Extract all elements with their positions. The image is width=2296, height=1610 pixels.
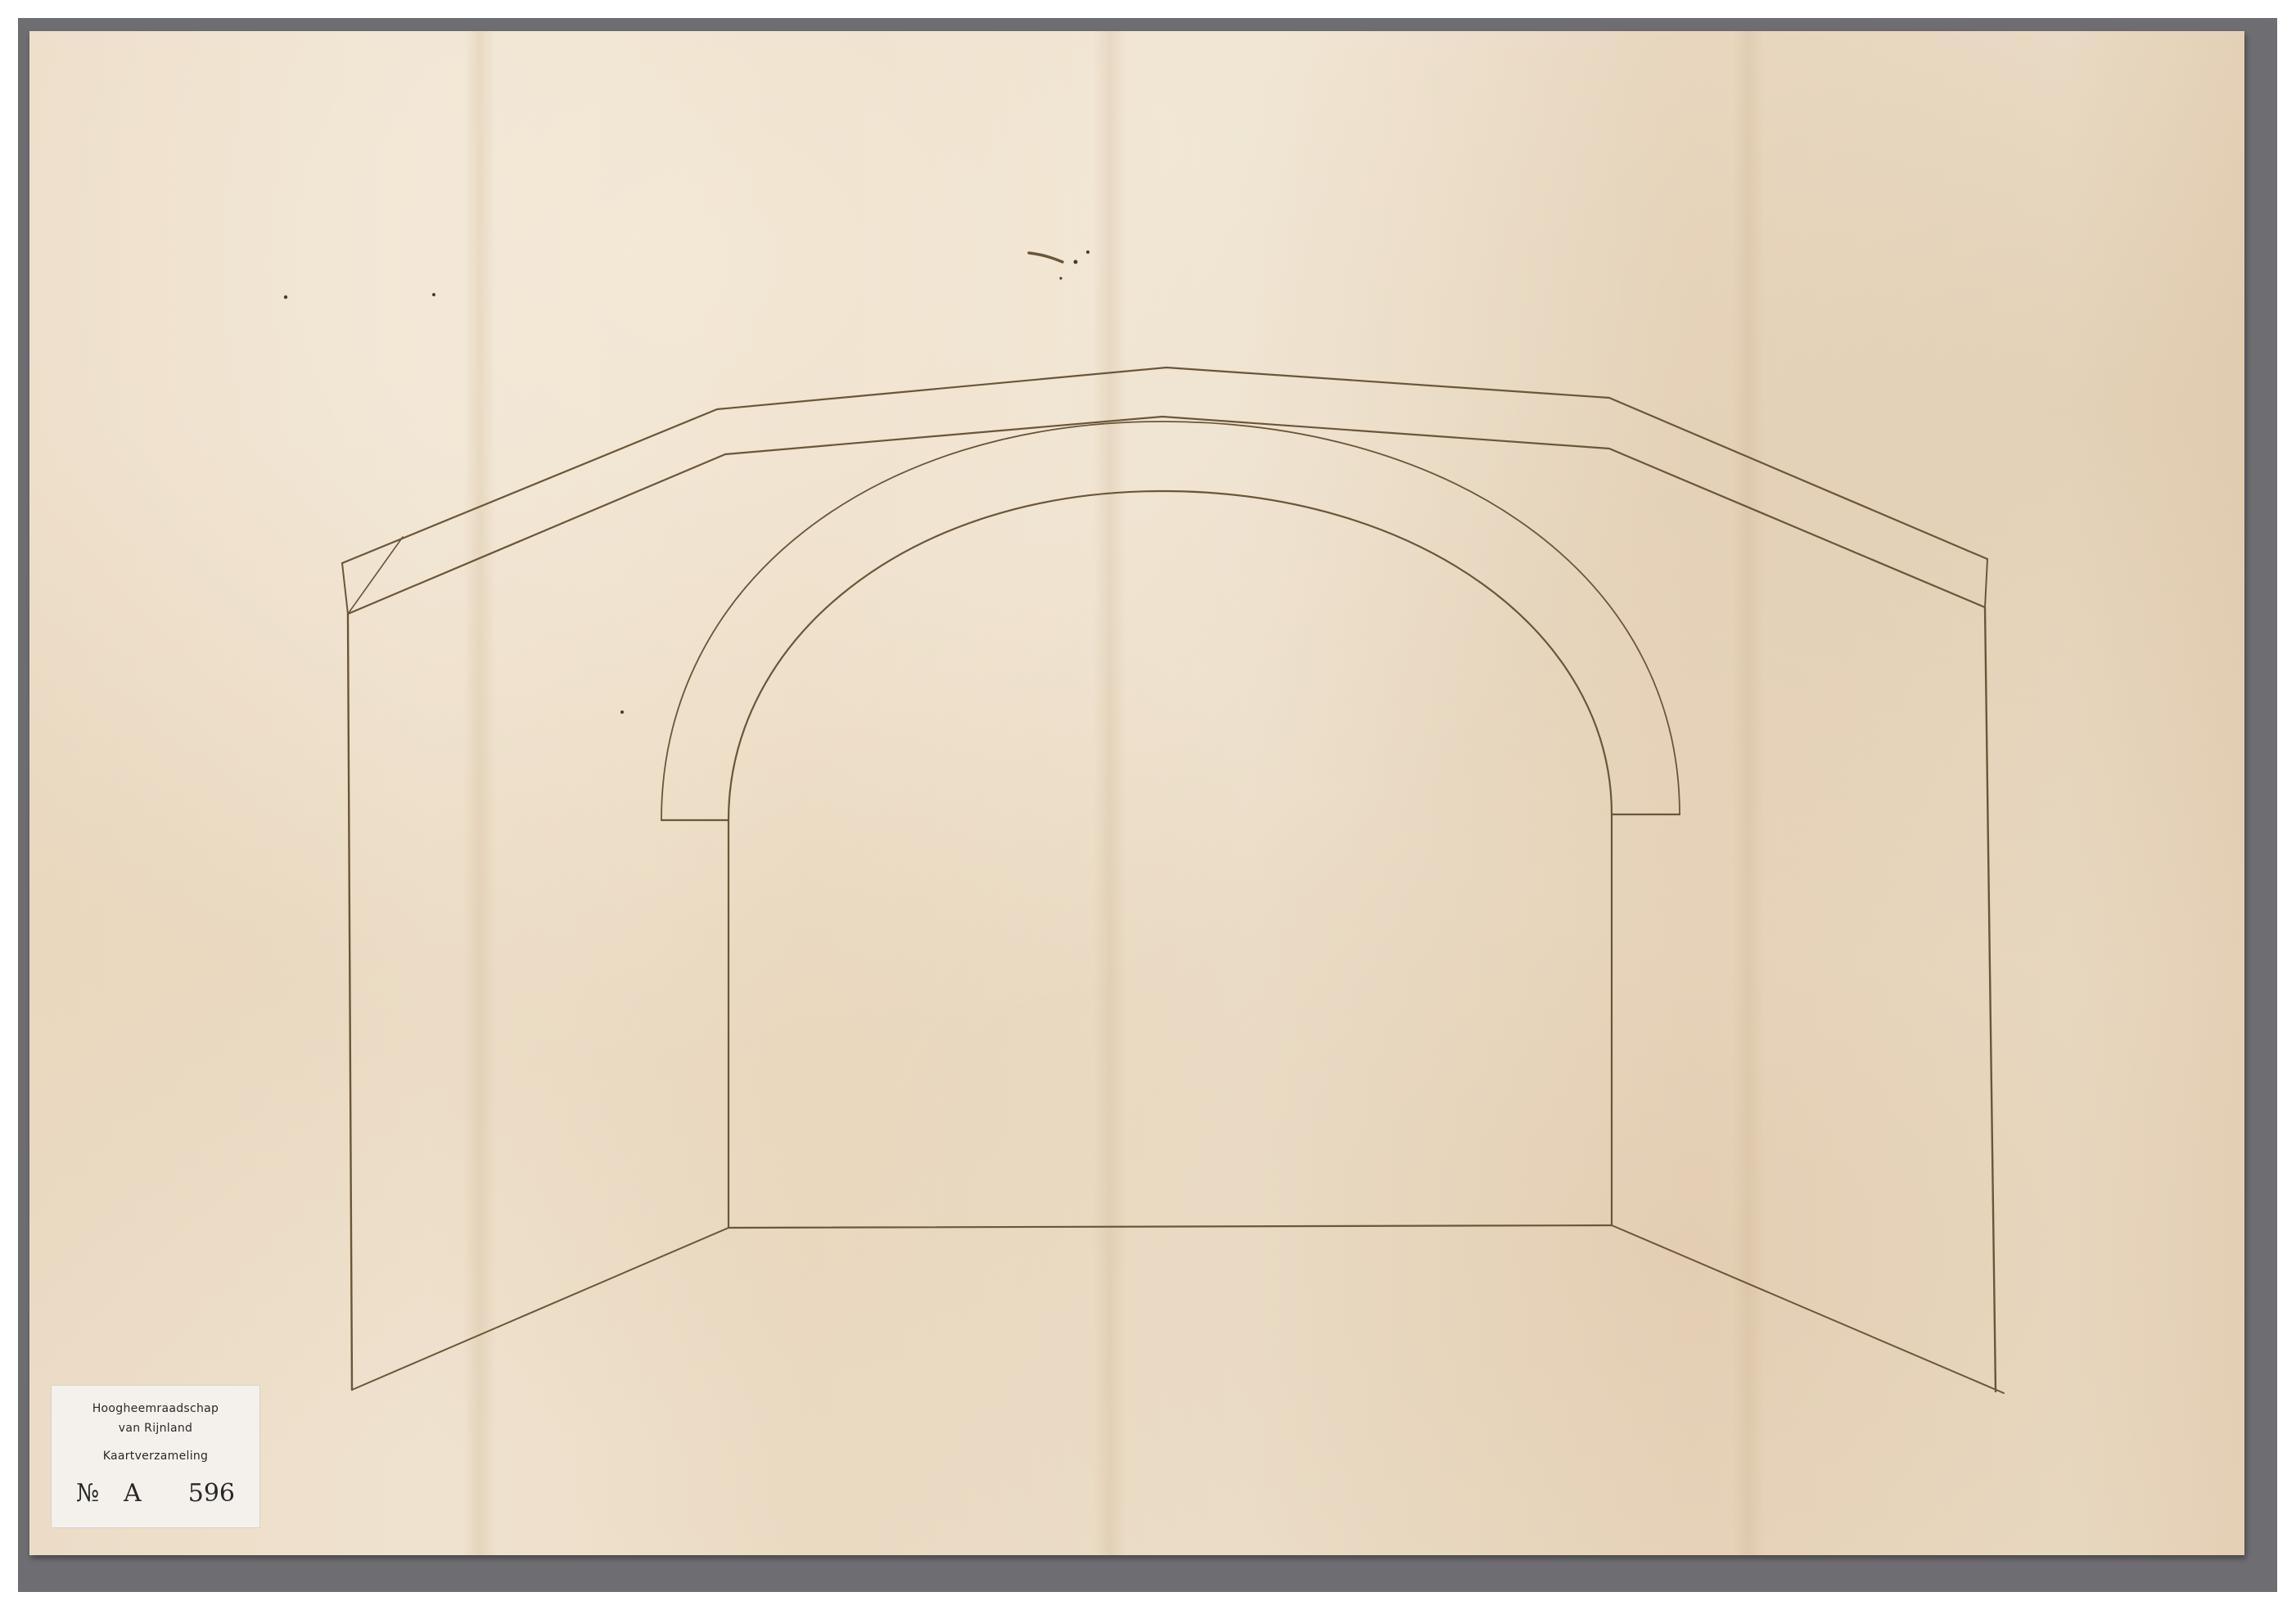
- label-number-prefix: №: [76, 1477, 99, 1510]
- ink-dot: [1086, 250, 1089, 254]
- arch-base-line: [728, 1225, 1612, 1228]
- bridge-drawing: [0, 0, 2296, 1610]
- label-item-number: 596: [188, 1477, 235, 1510]
- arch-intrados: [728, 491, 1612, 820]
- ink-mark: [1029, 253, 1062, 262]
- label-series-letter: A: [124, 1477, 142, 1510]
- ink-dot: [284, 295, 287, 299]
- right-wing-wall: [1612, 1225, 2004, 1393]
- label-catalog-number: № A 596: [76, 1477, 235, 1510]
- label-institution-line2: van Rijnland: [52, 1422, 259, 1435]
- left-wing-wall: [352, 1228, 728, 1390]
- label-institution-line1: Hoogheemraadschap: [52, 1402, 259, 1415]
- parapet-inner-line: [348, 417, 1985, 614]
- parapet-outer-line: [342, 368, 1987, 563]
- ink-dot: [1059, 277, 1062, 279]
- parapet-right-end: [1985, 559, 1987, 607]
- left-outer-wall: [348, 614, 352, 1390]
- parapet-left-end: [342, 563, 348, 614]
- ink-dot: [620, 710, 624, 714]
- label-collection-name: Kaartverzameling: [52, 1450, 259, 1463]
- ink-dot: [432, 293, 435, 296]
- archive-collection-label: Hoogheemraadschap van Rijnland Kaartverz…: [51, 1385, 260, 1528]
- right-outer-wall: [1985, 607, 1996, 1391]
- ink-dot: [1074, 260, 1078, 264]
